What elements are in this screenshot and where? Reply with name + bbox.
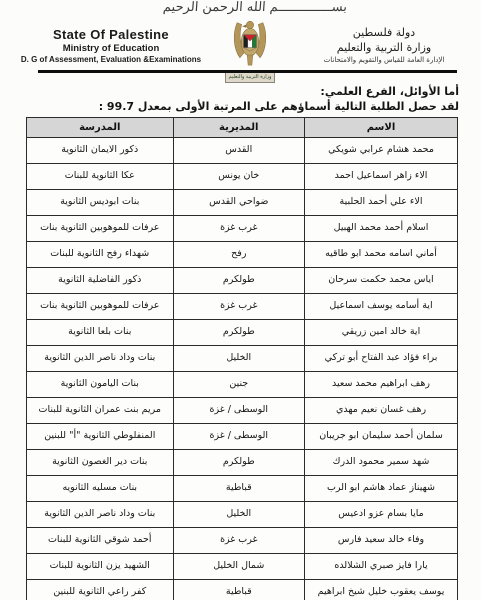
directorate-cell: القدس (173, 138, 304, 164)
school-cell: أحمد شوقي الثانوية للبنات (27, 528, 174, 554)
table-row: اية أسامه يوسف اسماعيل غرب غزة عرفات للم… (27, 294, 458, 320)
school-cell: كفر راعي الثانوية للبنين (27, 580, 174, 600)
english-ministry-title: Ministry of Education (10, 43, 212, 55)
table-body: محمد هشام عرابي شويكي القدس ذكور الايمان… (27, 138, 458, 600)
student-name-cell: شهيناز عماد هاشم ابو الرب (305, 476, 458, 502)
arabic-state-title: دولة فلسطين (295, 25, 473, 40)
table-row: يارا فايز صبري الشلالده شمال الخليل الشه… (27, 554, 458, 580)
table-row: وفاء خالد سعيد فارس غرب غزة أحمد شوقي ال… (27, 528, 458, 554)
scanned-document-page: بســــــــــــــم الله الرحمن الرحيم دول… (0, 0, 481, 600)
school-cell: مريم بنت عمران الثانوية للبنات (27, 398, 174, 424)
column-header-school: المدرسة (27, 118, 174, 138)
student-name-cell: يارا فايز صبري الشلالده (305, 554, 458, 580)
column-header-directorate: المديرية (173, 118, 304, 138)
english-directorate-title: D. G of Assessment, Evaluation &Examinat… (10, 55, 212, 65)
student-name-cell: يوسف يعقوب خليل شيخ ابراهيم (305, 580, 458, 600)
student-name-cell: اياس محمد حكمت سرحان (305, 268, 458, 294)
directorate-cell: طولكرم (173, 450, 304, 476)
school-cell: بنات دير الغصون الثانوية (27, 450, 174, 476)
intro-paragraph: أما الأوائل، الفرع العلمي: لقد حصل الطلب… (30, 84, 459, 114)
table-row: براء فؤاد عبد الفتاح أبو تركي الخليل بنا… (27, 346, 458, 372)
student-name-cell: اية خالد امين زريقي (305, 320, 458, 346)
school-cell: بنات وداد ناصر الدين الثانوية (27, 346, 174, 372)
student-name-cell: الاء زاهر اسماعيل احمد (305, 164, 458, 190)
directorate-cell: طولكرم (173, 320, 304, 346)
student-name-cell: سلمان أحمد سليمان ابو جريبان (305, 424, 458, 450)
directorate-cell: غرب غزة (173, 216, 304, 242)
student-name-cell: براء فؤاد عبد الفتاح أبو تركي (305, 346, 458, 372)
header-divider-rule (38, 70, 457, 73)
directorate-cell: الخليل (173, 346, 304, 372)
table-row: محمد هشام عرابي شويكي القدس ذكور الايمان… (27, 138, 458, 164)
student-name-cell: رهف غسان نعيم مهدي (305, 398, 458, 424)
table-row: اياس محمد حكمت سرحان طولكرم ذكور الفاضلي… (27, 268, 458, 294)
arabic-directorate-title: الإدارة العامة للقياس والتقويم والامتحان… (295, 56, 473, 66)
student-name-cell: الاء علي أحمد الحلبية (305, 190, 458, 216)
table-row: أماني اسامه محمد ابو طاقيه رفح شهداء رفح… (27, 242, 458, 268)
ministry-emblem: وزارة التربية والتعليم (216, 19, 284, 83)
directorate-cell: الخليل (173, 502, 304, 528)
table-row: رهف غسان نعيم مهدي الوسطى / غزة مريم بنت… (27, 398, 458, 424)
directorate-cell: غرب غزة (173, 294, 304, 320)
header-english-block: State Of Palestine Ministry of Education… (10, 27, 212, 65)
school-cell: بنات مسليه الثانويه (27, 476, 174, 502)
table-row: اسلام أحمد محمد الهبيل غرب غزة عرفات للم… (27, 216, 458, 242)
directorate-cell: شمال الخليل (173, 554, 304, 580)
school-cell: بنات اليامون الثانوية (27, 372, 174, 398)
table-row: شهد سمير محمود الدرك طولكرم بنات دير الغ… (27, 450, 458, 476)
directorate-cell: قباطية (173, 580, 304, 600)
school-cell: عكا الثانوية للبنات (27, 164, 174, 190)
directorate-cell: غرب غزة (173, 528, 304, 554)
directorate-cell: الوسطى / غزة (173, 398, 304, 424)
intro-line-average: لقد حصل الطلبة التالية أسماؤهم على المرت… (30, 99, 459, 114)
school-cell: ذكور الفاضلية الثانوية (27, 268, 174, 294)
school-cell: بنات ابوديس الثانوية (27, 190, 174, 216)
student-name-cell: شهد سمير محمود الدرك (305, 450, 458, 476)
directorate-cell: ضواحي القدس (173, 190, 304, 216)
column-header-name: الاسم (305, 118, 458, 138)
table-row: سلمان أحمد سليمان ابو جريبان الوسطى / غز… (27, 424, 458, 450)
school-cell: بنات بلعا الثانوية (27, 320, 174, 346)
emblem-caption: وزارة التربية والتعليم (225, 72, 275, 83)
table-row: مايا بسام عزو ادعيس الخليل بنات وداد ناص… (27, 502, 458, 528)
directorate-cell: رفح (173, 242, 304, 268)
school-cell: عرفات للموهوبين الثانوية بنات (27, 294, 174, 320)
directorate-cell: خان يونس (173, 164, 304, 190)
student-name-cell: اسلام أحمد محمد الهبيل (305, 216, 458, 242)
english-state-title: State Of Palestine (10, 27, 212, 43)
school-cell: المنفلوطي الثانوية "أ" للبنين (27, 424, 174, 450)
basmala-calligraphy: بســــــــــــــم الله الرحمن الرحيم (139, 0, 370, 15)
results-table-container: الاسم المديرية المدرسة محمد هشام عرابي ش… (26, 117, 458, 600)
school-cell: شهداء رفح الثانوية للبنات (27, 242, 174, 268)
student-name-cell: اية أسامه يوسف اسماعيل (305, 294, 458, 320)
school-cell: بنات وداد ناصر الدين الثانوية (27, 502, 174, 528)
palestine-eagle-icon (227, 52, 273, 71)
school-cell: ذكور الايمان الثانوية (27, 138, 174, 164)
student-name-cell: أماني اسامه محمد ابو طاقيه (305, 242, 458, 268)
table-row: الاء علي أحمد الحلبية ضواحي القدس بنات ا… (27, 190, 458, 216)
school-cell: عرفات للموهوبين الثانوية بنات (27, 216, 174, 242)
directorate-cell: جنين (173, 372, 304, 398)
school-cell: الشهيد يزن الثانوية للبنات (27, 554, 174, 580)
directorate-cell: قباطية (173, 476, 304, 502)
directorate-cell: طولكرم (173, 268, 304, 294)
table-row: شهيناز عماد هاشم ابو الرب قباطية بنات مس… (27, 476, 458, 502)
directorate-cell: الوسطى / غزة (173, 424, 304, 450)
student-name-cell: مايا بسام عزو ادعيس (305, 502, 458, 528)
student-name-cell: محمد هشام عرابي شويكي (305, 138, 458, 164)
arabic-ministry-title: وزارة التربية والتعليم (295, 40, 473, 55)
table-header-row: الاسم المديرية المدرسة (27, 118, 458, 138)
table-row: رهف ابراهيم محمد سعيد جنين بنات اليامون … (27, 372, 458, 398)
student-name-cell: رهف ابراهيم محمد سعيد (305, 372, 458, 398)
header-arabic-block: دولة فلسطين وزارة التربية والتعليم الإدا… (295, 25, 473, 66)
table-row: يوسف يعقوب خليل شيخ ابراهيم قباطية كفر ر… (27, 580, 458, 600)
student-name-cell: وفاء خالد سعيد فارس (305, 528, 458, 554)
intro-line-branch: أما الأوائل، الفرع العلمي: (30, 84, 459, 99)
table-row: اية خالد امين زريقي طولكرم بنات بلعا الث… (27, 320, 458, 346)
table-row: الاء زاهر اسماعيل احمد خان يونس عكا الثا… (27, 164, 458, 190)
top-students-table: الاسم المديرية المدرسة محمد هشام عرابي ش… (26, 117, 458, 600)
